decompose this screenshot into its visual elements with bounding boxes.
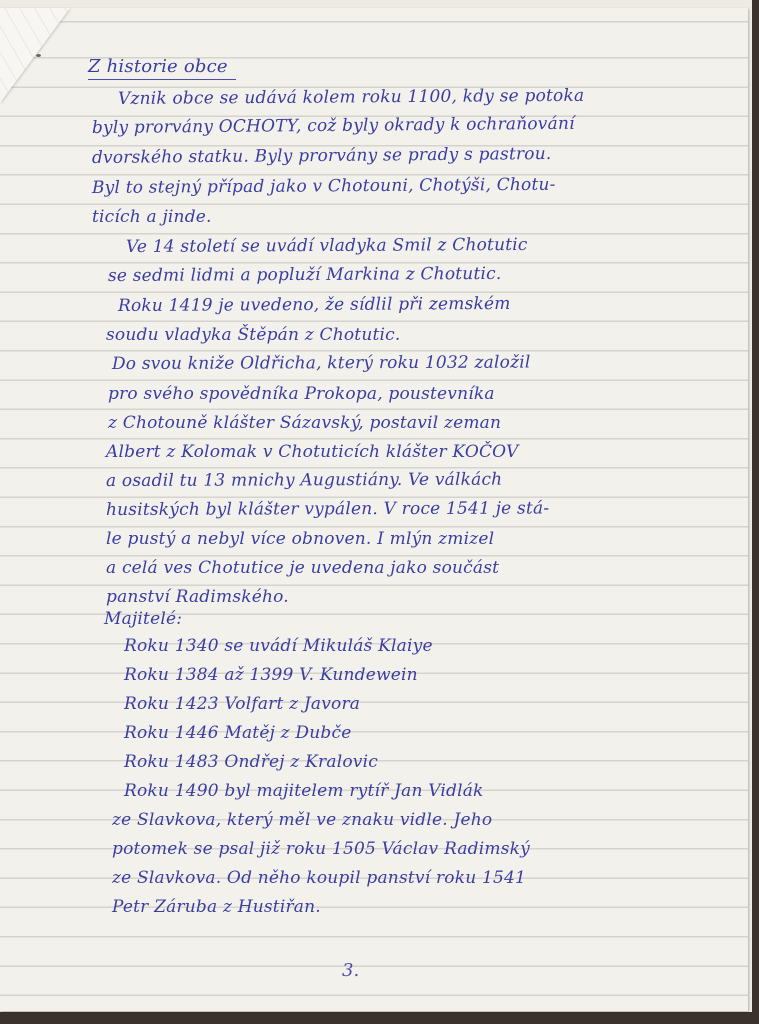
text-line: byly prorvány OCHOTY, což byly okrady k … bbox=[92, 114, 575, 138]
owner-entry-continuation: ze Slavkova. Od něho koupil panství roku… bbox=[112, 868, 526, 888]
owner-entry: Roku 1483 Ondřej z Kralovic bbox=[124, 752, 378, 772]
handwritten-text: Z historie obce Vznik obce se udává kole… bbox=[0, 8, 748, 1008]
owner-entry-continuation: potomek se psal již roku 1505 Václav Rad… bbox=[112, 839, 530, 859]
text-line: Vznik obce se udává kolem roku 1100, kdy… bbox=[118, 86, 585, 109]
text-line: Do svou kniže Oldřicha, který roku 1032 … bbox=[112, 353, 531, 374]
text-line: Ve 14 století se uvádí vladyka Smil z Ch… bbox=[126, 235, 528, 257]
text-line: a osadil tu 13 mnichy Augustiány. Ve vál… bbox=[106, 470, 502, 491]
owners-heading: Majitelé: bbox=[104, 609, 182, 629]
text-line: a celá ves Chotutice je uvedena jako sou… bbox=[106, 558, 499, 578]
owner-entry-continuation: ze Slavkova, který měl ve znaku vidle. J… bbox=[112, 810, 492, 830]
text-line: pro svého spovědníka Prokopa, poustevník… bbox=[108, 384, 495, 404]
page-number: 3. bbox=[342, 960, 359, 981]
text-line: soudu vladyka Štěpán z Chotutic. bbox=[106, 325, 400, 345]
text-line: panství Radimského. bbox=[106, 587, 289, 607]
page-title: Z historie obce bbox=[88, 56, 236, 80]
text-line: Albert z Kolomak v Chotuticích klášter K… bbox=[106, 442, 519, 462]
text-line: ticích a jinde. bbox=[92, 207, 212, 227]
text-line: le pustý a nebyl více obnoven. I mlýn zm… bbox=[106, 529, 494, 549]
owner-entry: Roku 1340 se uvádí Mikuláš Klaiye bbox=[124, 636, 433, 656]
text-line: Roku 1419 je uvedeno, že sídlil při zems… bbox=[118, 294, 511, 316]
notebook-page: Z historie obce Vznik obce se udává kole… bbox=[0, 8, 748, 1011]
owner-entry: Roku 1423 Volfart z Javora bbox=[124, 694, 360, 714]
owner-entry-continuation: Petr Záruba z Hustiřan. bbox=[112, 897, 321, 917]
text-line: Byl to stejný případ jako v Chotouni, Ch… bbox=[92, 175, 556, 198]
text-line: z Chotouně klášter Sázavský, postavil ze… bbox=[108, 413, 501, 433]
owner-entry: Roku 1384 až 1399 V. Kundewein bbox=[124, 665, 418, 685]
owner-entry: Roku 1490 byl majitelem rytíř Jan Vidlák bbox=[124, 781, 484, 801]
owner-entry: Roku 1446 Matěj z Dubče bbox=[124, 723, 351, 743]
text-line: dvorského statku. Byly prorvány se prady… bbox=[92, 144, 552, 168]
text-line: se sedmi lidmi a popluží Markina z Chotu… bbox=[108, 264, 502, 286]
text-line: husitských byl klášter vypálen. V roce 1… bbox=[106, 498, 549, 520]
